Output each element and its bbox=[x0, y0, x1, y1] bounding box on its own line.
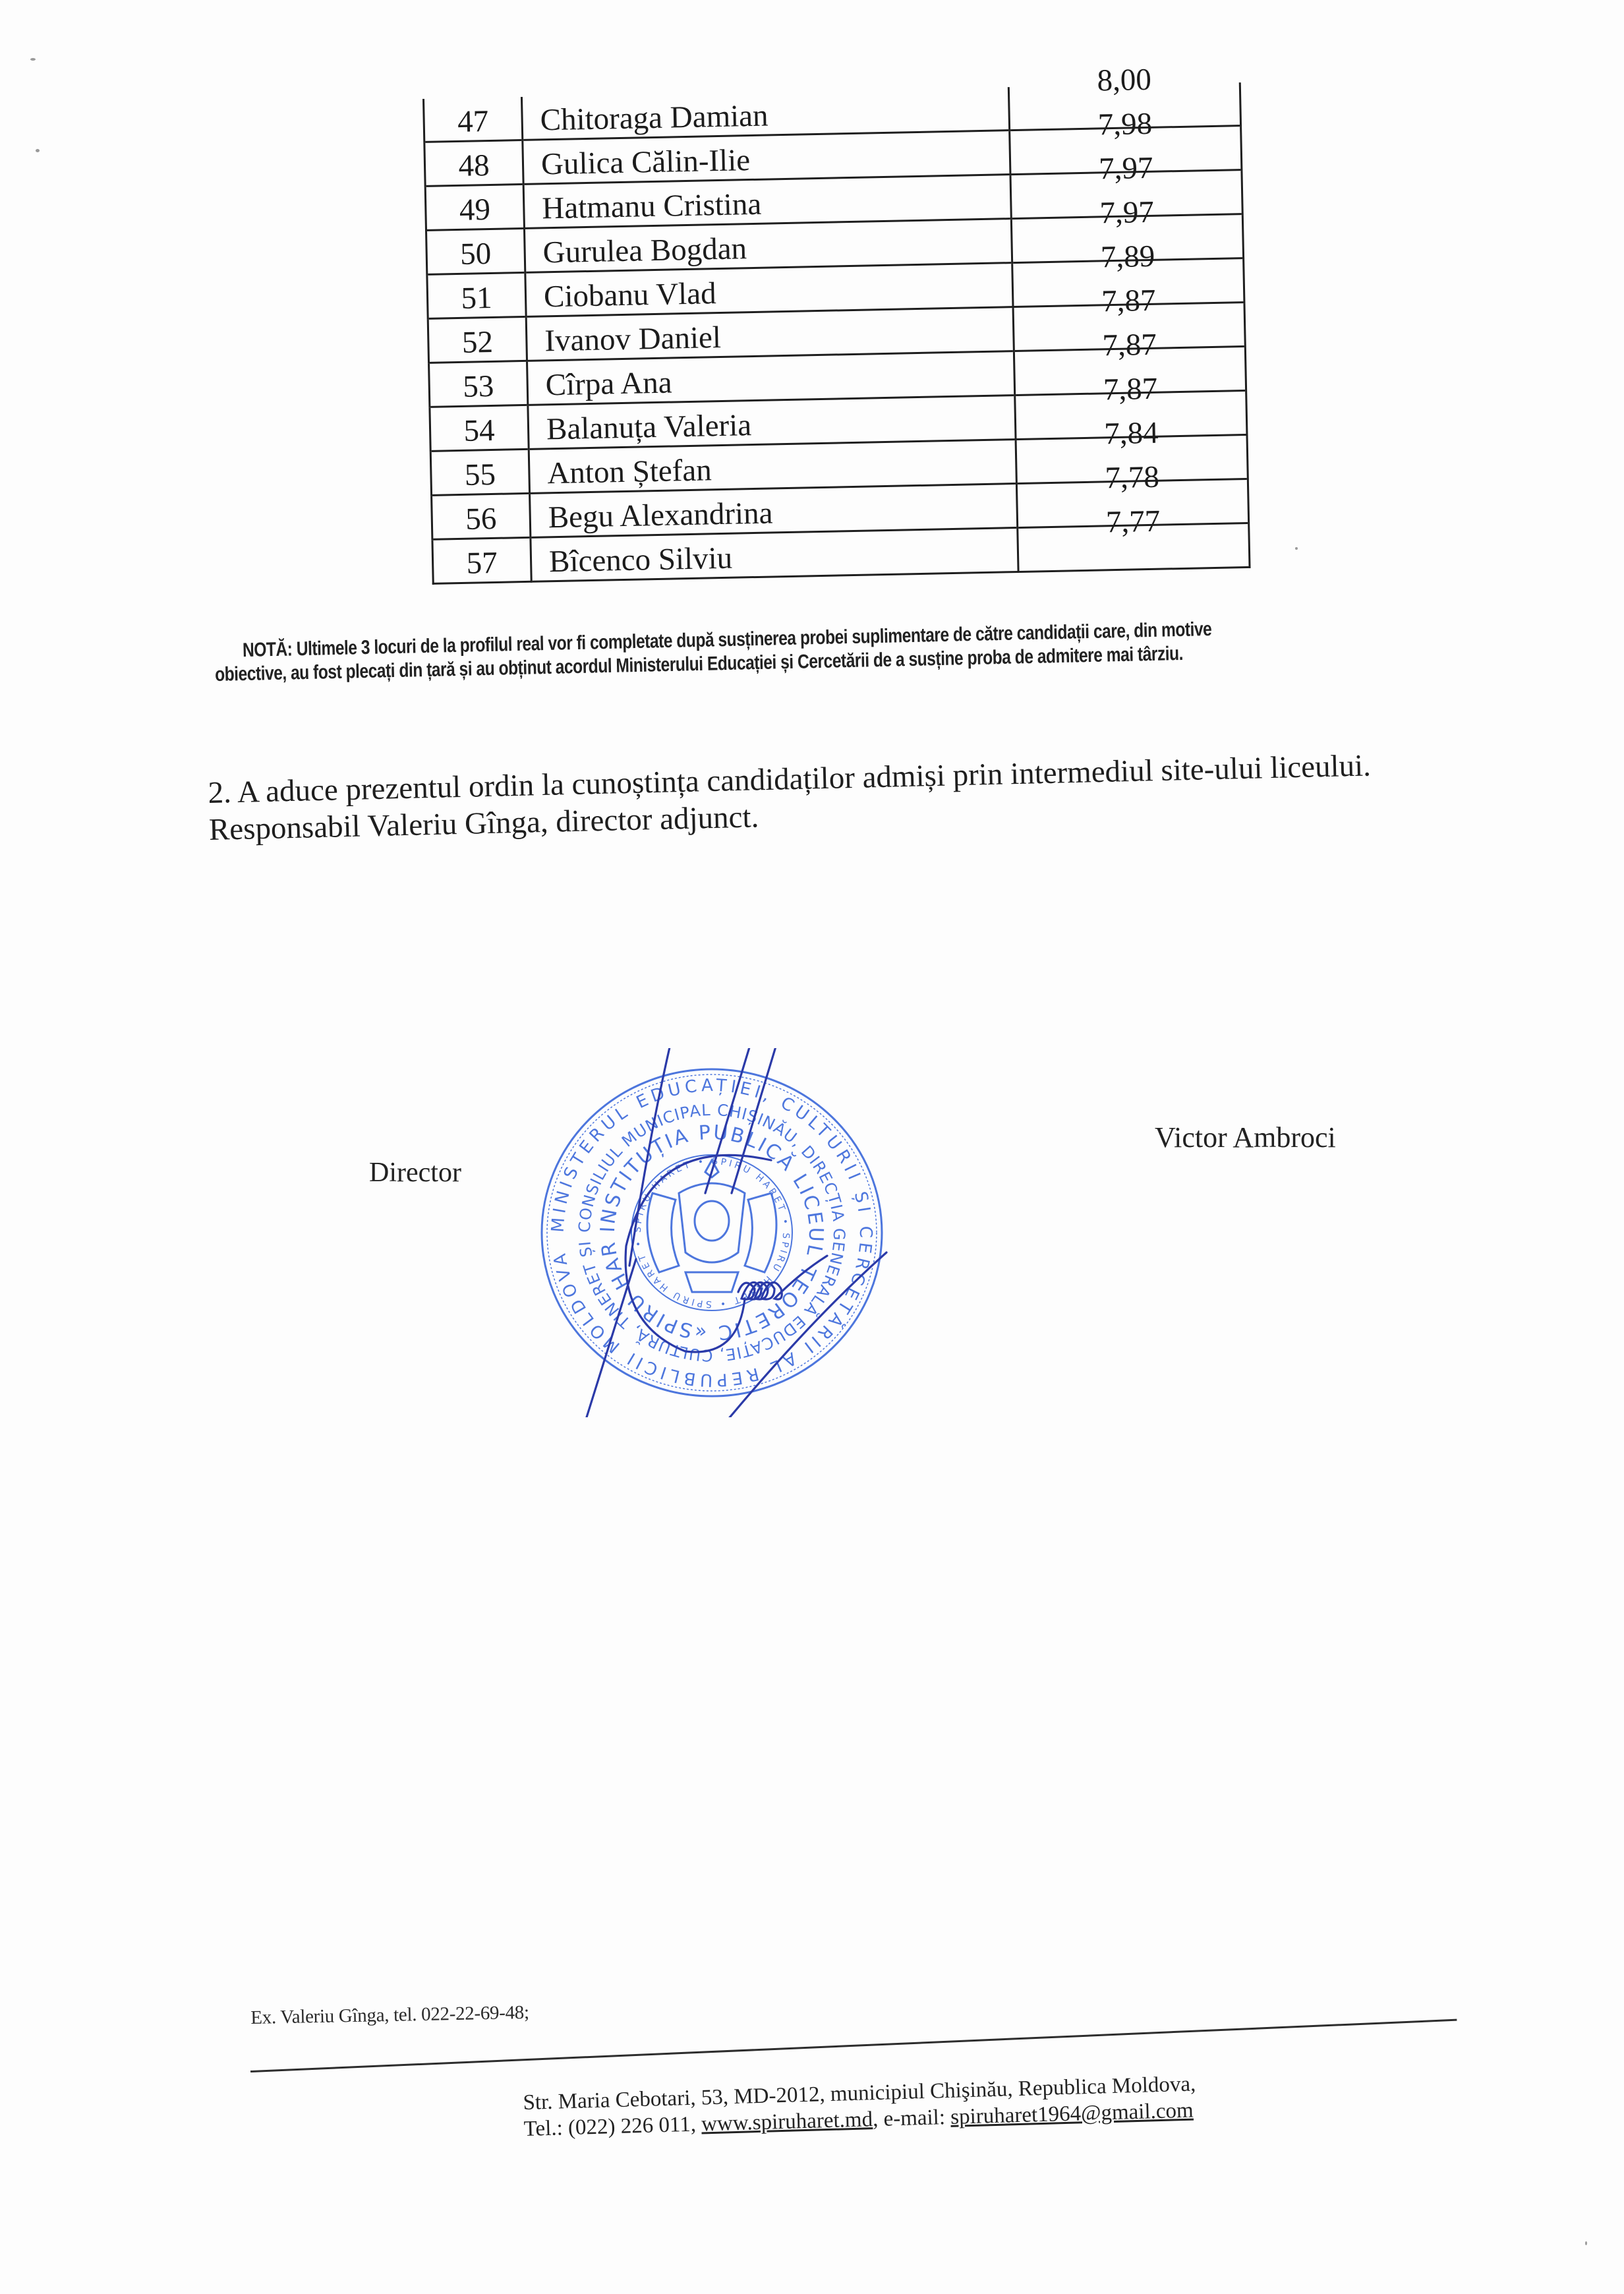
row-number: 57 bbox=[432, 537, 531, 583]
row-number: 47 bbox=[423, 97, 522, 142]
row-number-text: 52 bbox=[461, 325, 493, 360]
row-number-text: 54 bbox=[463, 413, 495, 448]
candidate-name-text: Cîrpa Ana bbox=[545, 365, 672, 402]
email-label: , e-mail: bbox=[873, 2105, 951, 2131]
admitted-candidates-table: 47Chitoraga Damian8,0048Gulica Călin-Ili… bbox=[422, 82, 1251, 585]
candidate-grade-text: 7,98 bbox=[1097, 107, 1152, 142]
candidate-grade-text: 7,87 bbox=[1102, 328, 1157, 363]
candidate-name-text: Gurulea Bogdan bbox=[542, 231, 747, 270]
candidate-name-text: Balanuța Valeria bbox=[546, 408, 752, 446]
row-number: 52 bbox=[428, 316, 527, 363]
scanned-page: 47Chitoraga Damian8,0048Gulica Călin-Ili… bbox=[0, 0, 1624, 2294]
candidate-grade-text: 7,84 bbox=[1104, 416, 1159, 452]
candidate-name-text: Ciobanu Vlad bbox=[544, 276, 717, 314]
row-number-text: 51 bbox=[461, 281, 492, 316]
footer-address: Str. Maria Cebotari, 53, MD-2012, munici… bbox=[523, 2071, 1197, 2142]
row-number: 56 bbox=[432, 493, 531, 539]
row-number-text: 53 bbox=[463, 369, 494, 404]
candidate-grade-text: 7,89 bbox=[1100, 239, 1155, 275]
candidate-name-text: Gulica Călin-Ilie bbox=[541, 143, 751, 181]
row-number-text: 50 bbox=[460, 237, 492, 272]
footer-divider bbox=[250, 2019, 1457, 2073]
official-stamp: MINISTERUL EDUCAȚIEI, CULTURII ȘI CERCET… bbox=[521, 1048, 903, 1417]
row-number: 54 bbox=[430, 405, 529, 451]
website-link[interactable]: www.spiruharet.md bbox=[701, 2107, 873, 2136]
email-link[interactable]: spiruharet1964@gmail.com bbox=[950, 2099, 1194, 2129]
row-number: 53 bbox=[429, 361, 528, 407]
candidate-grade-text: 8,00 bbox=[1097, 63, 1151, 98]
scan-speck bbox=[1585, 2241, 1587, 2245]
row-number: 49 bbox=[425, 184, 524, 230]
candidate-name: Bîcenco Silviu bbox=[531, 528, 1018, 582]
row-number-text: 49 bbox=[459, 192, 490, 227]
row-number: 50 bbox=[426, 228, 525, 274]
candidate-name-text: Chitoraga Damian bbox=[540, 98, 768, 137]
candidate-grade-text: 7,87 bbox=[1101, 283, 1156, 319]
candidate-name-text: Hatmanu Cristina bbox=[542, 187, 762, 226]
row-number: 55 bbox=[430, 449, 529, 495]
candidate-grade-text: 7,78 bbox=[1105, 460, 1159, 496]
scan-speck bbox=[1295, 547, 1298, 550]
candidate-name-text: Bîcenco Silviu bbox=[549, 541, 733, 579]
candidate-name-text: Anton Ștefan bbox=[547, 453, 712, 490]
order-point-2: 2. A aduce prezentul ordin la cunoștința… bbox=[208, 744, 1527, 848]
row-number-text: 48 bbox=[458, 148, 490, 183]
signatory-title: Director bbox=[369, 1157, 461, 1189]
candidate-grade-text: 7,97 bbox=[1099, 195, 1154, 231]
row-number-text: 55 bbox=[464, 457, 496, 492]
row-number-text: 56 bbox=[465, 502, 497, 537]
scan-speck bbox=[30, 58, 36, 61]
candidate-grade-text: 7,87 bbox=[1103, 372, 1157, 407]
candidate-name-text: Begu Alexandrina bbox=[548, 496, 773, 535]
scan-speck bbox=[36, 149, 40, 152]
note-paragraph: NOTĂ: Ultimele 3 locuri de la profilul r… bbox=[214, 610, 1559, 686]
candidate-grade-text: 7,97 bbox=[1099, 151, 1153, 187]
candidate-name-text: Ivanov Daniel bbox=[544, 320, 722, 358]
row-number-text: 47 bbox=[457, 104, 489, 139]
candidate-grade-text: 7,77 bbox=[1105, 504, 1160, 540]
row-number: 51 bbox=[427, 272, 526, 318]
row-number: 48 bbox=[424, 140, 523, 186]
signatory-name: Victor Ambroci bbox=[1155, 1121, 1336, 1154]
phone-text: Tel.: (022) 226 011, bbox=[523, 2112, 701, 2141]
executor-line: Ex. Valeriu Gînga, tel. 022-22-69-48; bbox=[250, 2002, 529, 2029]
candidate-grade: 7,77 bbox=[1018, 523, 1250, 572]
row-number-text: 57 bbox=[466, 546, 498, 581]
